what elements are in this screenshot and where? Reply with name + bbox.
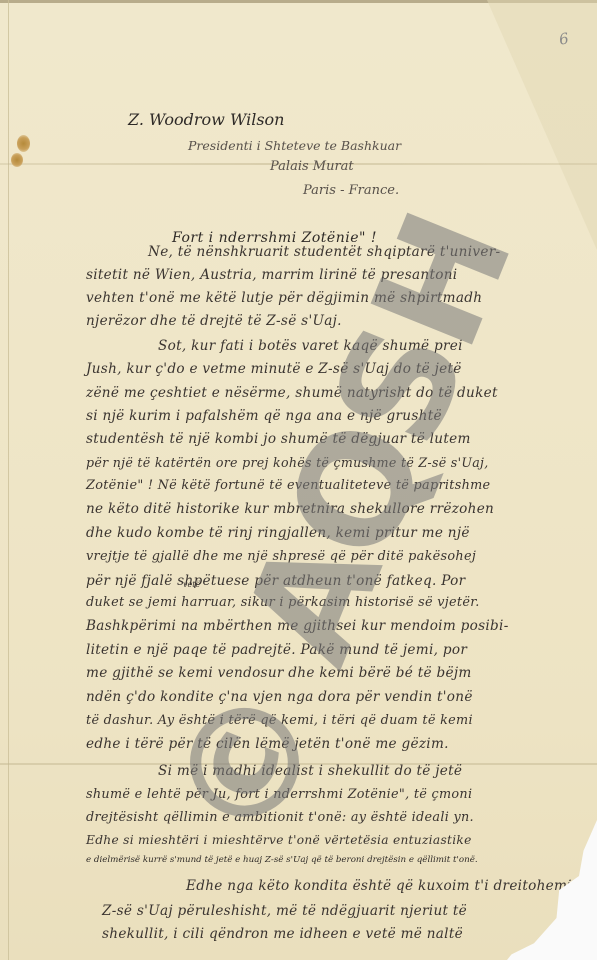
recipient-address: Palais Murat [270, 159, 354, 174]
letter-line: Z-së s'Uaj përuleshisht, më të ndëgjuari… [102, 903, 467, 919]
paper-left-fold [8, 0, 9, 960]
interlinear-insertion: vetë [183, 580, 200, 589]
letter-page: 6 Z. Woodrow Wilson Presidenti i Shtetev… [0, 0, 597, 960]
letter-line: njerëzor dhe të drejtë të Z-së s'Uaj. [86, 313, 342, 329]
letter-line: shekullit, i cili qëndron me idheen e ve… [102, 926, 463, 942]
ink-stain [17, 135, 30, 152]
ink-stain [11, 153, 23, 167]
recipient-name: Z. Woodrow Wilson [128, 110, 284, 129]
recipient-title: Presidenti i Shteteve te Bashkuar [188, 138, 401, 153]
corner-fold [487, 0, 597, 250]
letter-line: Edhe nga këto kondita është që kuxoim t'… [186, 878, 572, 894]
